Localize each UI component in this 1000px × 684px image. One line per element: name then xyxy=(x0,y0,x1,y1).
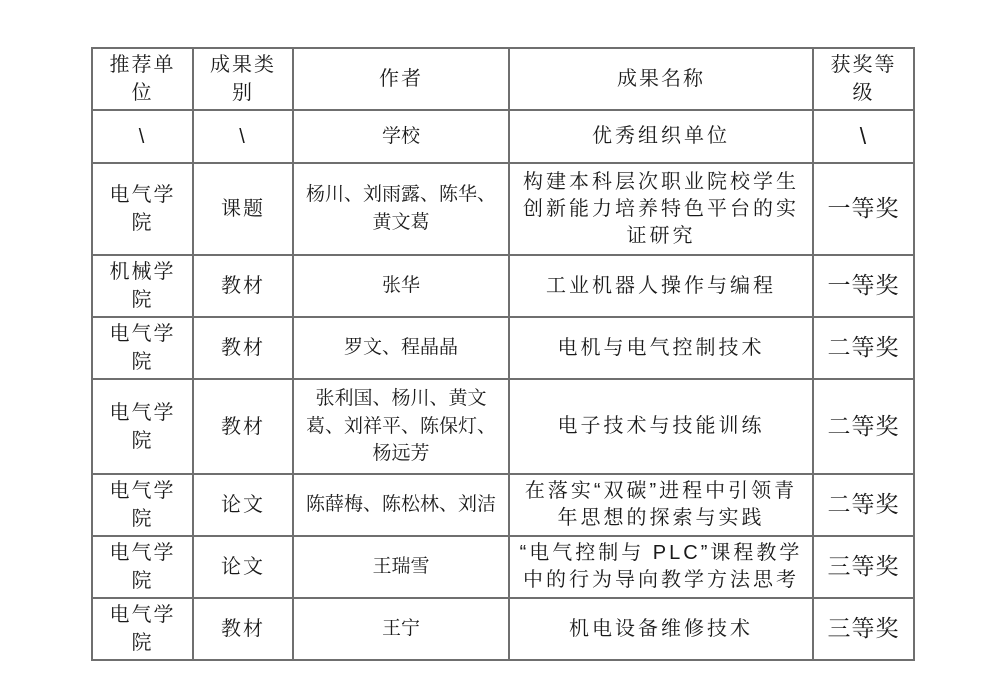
header-row: 推荐单位 成果类别 作者 成果名称 获奖等级 xyxy=(92,48,914,110)
cell-name: 构建本科层次职业院校学生创新能力培养特色平台的实证研究 xyxy=(509,163,813,255)
cell-unit: 电气学院 xyxy=(92,536,193,598)
table-body: \ \ 学校 优秀组织单位 \ 电气学院 课题 杨川、刘雨露、陈华、黄文葛 构建… xyxy=(92,110,914,660)
cell-authors: 张华 xyxy=(293,255,509,317)
cell-award: 一等奖 xyxy=(813,255,914,317)
cell-award: 三等奖 xyxy=(813,536,914,598)
cell-name: 工业机器人操作与编程 xyxy=(509,255,813,317)
cell-category: \ xyxy=(193,110,293,163)
col-header-category: 成果类别 xyxy=(193,48,293,110)
cell-category: 教材 xyxy=(193,317,293,379)
cell-unit: 电气学院 xyxy=(92,317,193,379)
cell-award: 二等奖 xyxy=(813,474,914,536)
table-row: 电气学院 课题 杨川、刘雨露、陈华、黄文葛 构建本科层次职业院校学生创新能力培养… xyxy=(92,163,914,255)
cell-category: 教材 xyxy=(193,598,293,660)
cell-unit: 电气学院 xyxy=(92,598,193,660)
cell-authors: 陈薛梅、陈松林、刘洁 xyxy=(293,474,509,536)
cell-award: 三等奖 xyxy=(813,598,914,660)
col-header-name: 成果名称 xyxy=(509,48,813,110)
cell-authors: 罗文、程晶晶 xyxy=(293,317,509,379)
cell-name: 电子技术与技能训练 xyxy=(509,379,813,474)
col-header-authors: 作者 xyxy=(293,48,509,110)
cell-name: 在落实“双碳”进程中引领青年思想的探索与实践 xyxy=(509,474,813,536)
cell-name: 优秀组织单位 xyxy=(509,110,813,163)
cell-category: 论文 xyxy=(193,474,293,536)
cell-award: 二等奖 xyxy=(813,317,914,379)
cell-award: \ xyxy=(813,110,914,163)
cell-award: 一等奖 xyxy=(813,163,914,255)
cell-name: 电机与电气控制技术 xyxy=(509,317,813,379)
cell-category: 论文 xyxy=(193,536,293,598)
col-header-award: 获奖等级 xyxy=(813,48,914,110)
awards-table: 推荐单位 成果类别 作者 成果名称 获奖等级 \ \ 学校 优秀组织单位 \ 电… xyxy=(91,47,915,661)
table-row: 机械学院 教材 张华 工业机器人操作与编程 一等奖 xyxy=(92,255,914,317)
cell-category: 教材 xyxy=(193,255,293,317)
table-row: 电气学院 教材 王宁 机电设备维修技术 三等奖 xyxy=(92,598,914,660)
cell-category: 课题 xyxy=(193,163,293,255)
cell-authors: 学校 xyxy=(293,110,509,163)
table-row: 电气学院 论文 王瑞雪 “电气控制与 PLC”课程教学中的行为导向教学方法思考 … xyxy=(92,536,914,598)
col-header-unit: 推荐单位 xyxy=(92,48,193,110)
table-row: 电气学院 论文 陈薛梅、陈松林、刘洁 在落实“双碳”进程中引领青年思想的探索与实… xyxy=(92,474,914,536)
cell-unit: 电气学院 xyxy=(92,379,193,474)
cell-name: “电气控制与 PLC”课程教学中的行为导向教学方法思考 xyxy=(509,536,813,598)
cell-unit: \ xyxy=(92,110,193,163)
table-row: 电气学院 教材 张利国、杨川、黄文葛、刘祥平、陈保灯、杨远芳 电子技术与技能训练… xyxy=(92,379,914,474)
cell-category: 教材 xyxy=(193,379,293,474)
table-row: 电气学院 教材 罗文、程晶晶 电机与电气控制技术 二等奖 xyxy=(92,317,914,379)
cell-authors: 王瑞雪 xyxy=(293,536,509,598)
cell-unit: 电气学院 xyxy=(92,163,193,255)
cell-authors: 杨川、刘雨露、陈华、黄文葛 xyxy=(293,163,509,255)
document-page: 推荐单位 成果类别 作者 成果名称 获奖等级 \ \ 学校 优秀组织单位 \ 电… xyxy=(91,47,915,661)
cell-name: 机电设备维修技术 xyxy=(509,598,813,660)
cell-unit: 机械学院 xyxy=(92,255,193,317)
cell-award: 二等奖 xyxy=(813,379,914,474)
cell-unit: 电气学院 xyxy=(92,474,193,536)
table-row: \ \ 学校 优秀组织单位 \ xyxy=(92,110,914,163)
cell-authors: 张利国、杨川、黄文葛、刘祥平、陈保灯、杨远芳 xyxy=(293,379,509,474)
cell-authors: 王宁 xyxy=(293,598,509,660)
